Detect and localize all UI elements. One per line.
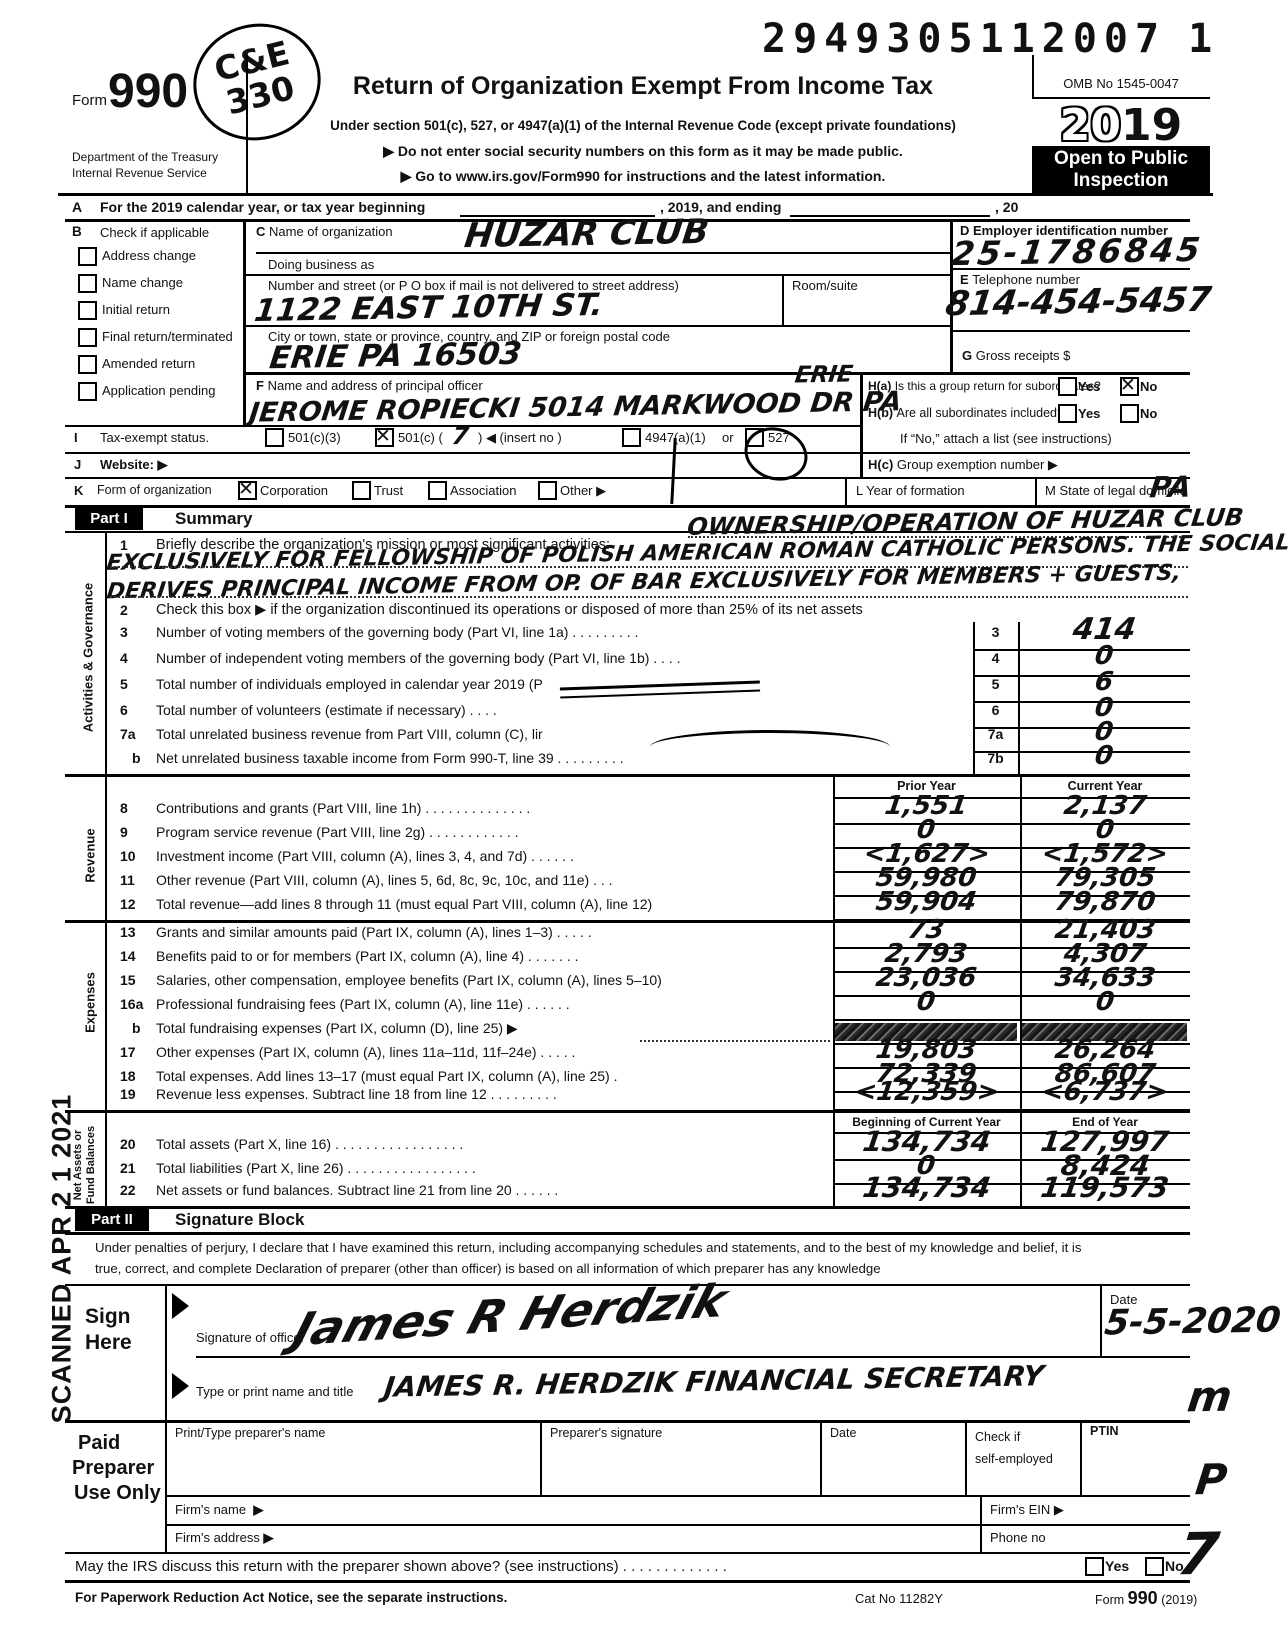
final-return-label: Final return/terminated [102, 329, 233, 344]
tax-status-insert-no-value: 7 [450, 422, 470, 450]
year-of-formation-label: L Year of formation [856, 483, 965, 498]
part2-title: Signature Block [175, 1210, 304, 1230]
line-i-letter: I [74, 430, 78, 445]
name-change-label: Name change [102, 275, 183, 290]
governance-row-3: 3 Number of voting members of the govern… [118, 624, 1190, 648]
title-subtitle: Under section 501(c), 527, or 4947(a)(1)… [252, 118, 1034, 133]
summary-row-17: 17 Other expenses (Part IX, column (A), … [118, 1044, 1190, 1068]
section-b-letter: B [72, 224, 82, 239]
hc-row: H(c) Group exemption number ▶ [868, 457, 1058, 473]
line-k-title: Form of organization [97, 483, 212, 497]
tax-status-insert-no-suffix: ) ◀ (insert no ) [478, 430, 562, 446]
margin-mark-7: 7 [1174, 1520, 1223, 1589]
sign-date-value: 5-5-2020 [1102, 1300, 1282, 1343]
application-pending-checkbox[interactable] [78, 382, 97, 401]
org-corporation-checkbox[interactable] [238, 481, 257, 500]
sign-arrow-icon [172, 1373, 189, 1399]
initial-return-label: Initial return [102, 302, 170, 317]
form-990-footer: Form 990 (2019) [1095, 1588, 1197, 1609]
summary-row-15: 15 Salaries, other compensation, employe… [118, 972, 1190, 996]
governance-row-6: 6 Total number of volunteers (estimate i… [118, 702, 1190, 726]
phone-value: 814-454-5457 [943, 280, 1213, 325]
check-if-label: Check if [975, 1430, 1020, 1444]
omb-number: OMB No 1545-0047 [1032, 76, 1210, 91]
line-a-text: For the 2019 calendar year, or tax year … [100, 199, 425, 215]
hb-yes-checkbox[interactable] [1058, 404, 1077, 423]
line-k-letter: K [74, 483, 83, 498]
part1-title: Summary [175, 509, 252, 529]
summary-row-14: 14 Benefits paid to or for members (Part… [118, 948, 1190, 972]
org-other-label: Other ▶ [560, 483, 606, 499]
phone-no-label: Phone no [990, 1530, 1046, 1545]
part1-bar: Part I [75, 508, 143, 530]
summary-row-8: 8 Contributions and grants (Part VIII, l… [118, 800, 1190, 824]
state-of-domicile-value: PA [1148, 470, 1193, 505]
tax-year: 2019 [1032, 100, 1210, 151]
line-a-letter: A [72, 199, 82, 215]
paperwork-notice: For Paperwork Reduction Act Notice, see … [75, 1590, 507, 1605]
hb-no-checkbox[interactable] [1120, 404, 1139, 423]
sign-arrow-icon [172, 1293, 189, 1319]
may-discuss-text: May the IRS discuss this return with the… [75, 1558, 727, 1575]
address-change-checkbox[interactable] [78, 247, 97, 266]
hb-note: If “No,” attach a list (see instructions… [900, 431, 1112, 446]
paid-word: Paid [78, 1432, 120, 1455]
summary-row-20: 20 Total assets (Part X, line 16) . . . … [118, 1136, 1190, 1160]
org-trust-label: Trust [374, 483, 403, 498]
org-association-checkbox[interactable] [428, 481, 447, 500]
preparer-signature-label: Preparer's signature [550, 1426, 662, 1440]
dept-treasury: Department of the Treasury [72, 150, 218, 164]
address-change-label: Address change [102, 248, 196, 263]
sign-word: Sign [85, 1305, 131, 1329]
website-label: Website: ▶ [100, 457, 168, 473]
tax-status-501c-other-label: 501(c) ( [398, 430, 443, 445]
sidebar-governance: Activities & Governance [81, 548, 96, 768]
summary-row-16a: 16a Professional fundraising fees (Part … [118, 996, 1190, 1020]
hb-row: H(b) Are all subordinates included? [868, 406, 1064, 420]
tax-status-4947-checkbox[interactable] [622, 428, 641, 447]
line-a-20: , 20 [995, 199, 1018, 215]
perjury-line1: Under penalties of perjury, I declare th… [95, 1240, 1081, 1255]
amended-return-label: Amended return [102, 356, 195, 371]
org-other-checkbox[interactable] [538, 481, 557, 500]
discuss-no-checkbox[interactable] [1145, 1557, 1164, 1576]
ein-value: 25-1786845 [949, 230, 1205, 273]
discuss-yes-label: Yes [1105, 1558, 1129, 1574]
application-pending-label: Application pending [102, 383, 215, 398]
type-print-label: Type or print name and title [196, 1384, 354, 1399]
tax-status-or: or [722, 430, 734, 445]
ha-yes-checkbox[interactable] [1058, 377, 1077, 396]
gross-receipts-label: G Gross receipts $ [962, 348, 1070, 363]
line2-text: Check this box ▶ if the organization dis… [156, 602, 863, 618]
tax-status-501c-other-checkbox[interactable] [375, 428, 394, 447]
type-print-value: JAMES R. HERDZIK FINANCIAL SECRETARY [382, 1359, 1045, 1403]
governance-row-7b: b Net unrelated business taxable income … [118, 750, 1190, 774]
principal-officer-label: F Name and address of principal officer [256, 378, 483, 393]
form-number: 990 [108, 64, 188, 119]
irs-label: Internal Revenue Service [72, 166, 207, 180]
bullet-goto: ▶ Go to www.irs.gov/Form990 for instruct… [252, 168, 1034, 185]
summary-row-10: 10 Investment income (Part VIII, column … [118, 848, 1190, 872]
org-association-label: Association [450, 483, 516, 498]
margin-mark-m: m [1185, 1372, 1235, 1422]
perjury-line2: true, correct, and complete Declaration … [95, 1261, 881, 1276]
officer-corner-city: ERIE [793, 361, 854, 388]
sidebar-expenses: Expenses [83, 943, 98, 1063]
firm-address-label: Firm's address ▶ [175, 1530, 273, 1546]
self-employed-label: self-employed [975, 1452, 1053, 1466]
org-name-label: C Name of organization [256, 224, 393, 239]
form-990-scanned-page: 29493051120071 C&E 330 SCANNED APR 2 1 2… [0, 0, 1288, 1650]
barcode-number: 29493051120071 [762, 16, 1219, 62]
governance-row-4: 4 Number of independent voting members o… [118, 650, 1190, 674]
summary-row-21: 21 Total liabilities (Part X, line 26) .… [118, 1160, 1190, 1184]
catalog-number: Cat No 11282Y [855, 1591, 943, 1606]
section-b-title: Check if applicable [100, 225, 209, 240]
street-value: 1122 EAST 10TH ST. [252, 287, 605, 329]
tax-status-501c3-label: 501(c)(3) [288, 430, 341, 445]
org-corporation-label: Corporation [260, 483, 328, 498]
firm-ein-label: Firm's EIN ▶ [990, 1502, 1064, 1518]
signature-of-officer-label: Signature of officer [196, 1330, 305, 1345]
org-trust-checkbox[interactable] [352, 481, 371, 500]
final-return-checkbox[interactable] [78, 328, 97, 347]
room-suite-label: Room/suite [792, 278, 858, 293]
dba-label: Doing business as [268, 257, 374, 272]
page-title: Return of Organization Exempt From Incom… [258, 72, 1028, 101]
summary-row-12: 12 Total revenue—add lines 8 through 11 … [118, 896, 1190, 920]
ha-yes-label: Yes [1078, 379, 1100, 394]
summary-row-22: 22 Net assets or fund balances. Subtract… [118, 1182, 1190, 1206]
amended-return-checkbox[interactable] [78, 355, 97, 374]
firm-name-label: Firm's name ▶ [175, 1502, 263, 1518]
preparer-date-label: Date [830, 1426, 856, 1440]
summary-row-13: 13 Grants and similar amounts paid (Part… [118, 924, 1190, 948]
tax-status-501c3-checkbox[interactable] [265, 428, 284, 447]
hb-yes-label: Yes [1078, 406, 1100, 421]
here-word: Here [85, 1331, 132, 1355]
discuss-no-label: No [1165, 1558, 1184, 1574]
part2-bar: Part II [75, 1209, 149, 1231]
hb-no-label: No [1140, 406, 1157, 421]
city-value: ERIE PA 16503 [267, 336, 523, 376]
ha-no-checkbox[interactable] [1120, 377, 1139, 396]
margin-mark-p: P [1193, 1455, 1230, 1505]
summary-row-19: 19 Revenue less expenses. Subtract line … [118, 1086, 1190, 1110]
line2-no: 2 [120, 602, 128, 618]
summary-row-9: 9 Program service revenue (Part VIII, li… [118, 824, 1190, 848]
line-i-title: Tax-exempt status. [100, 430, 209, 445]
org-name-value: HUZAR CLUB [462, 212, 711, 256]
discuss-yes-checkbox[interactable] [1085, 1557, 1104, 1576]
line-j-letter: J [74, 457, 81, 472]
stray-pen-stroke [670, 438, 676, 504]
initial-return-checkbox[interactable] [78, 301, 97, 320]
ha-no-label: No [1140, 379, 1157, 394]
preparer-name-label: Print/Type preparer's name [175, 1426, 325, 1440]
open-to-public-box: Open to PublicInspection [1032, 146, 1210, 195]
sidebar-revenue: Revenue [83, 796, 98, 916]
ptin-label: PTIN [1090, 1424, 1118, 1438]
name-change-checkbox[interactable] [78, 274, 97, 293]
bullet-ssn: ▶ Do not enter social security numbers o… [252, 143, 1034, 160]
preparer-word: Preparer [72, 1457, 154, 1480]
summary-row-11: 11 Other revenue (Part VIII, column (A),… [118, 872, 1190, 896]
form-word: Form [72, 92, 107, 109]
use-only-word: Use Only [74, 1482, 161, 1505]
